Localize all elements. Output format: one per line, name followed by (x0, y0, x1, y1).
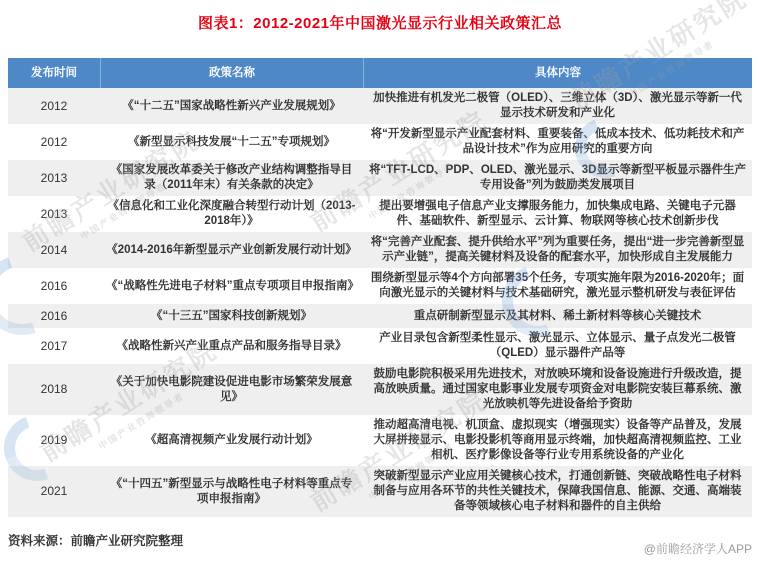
year-cell: 2016 (8, 304, 100, 328)
table-row: 2017 《战略性新兴产业重点产品和服务指导目录》 产业目录包含新型柔性显示、激… (8, 328, 752, 364)
policy-content-cell: 围绕新型显示等4个方向部署35个任务，专项实施年限为2016-2020年；面向激… (363, 268, 752, 304)
year-cell: 2021 (8, 466, 100, 517)
policy-content-cell: 产业目录包含新型柔性显示、激光显示、立体显示、量子点发光二极管（QLED）显示器… (363, 328, 752, 364)
header-policy-content: 具体内容 (363, 58, 752, 88)
year-cell: 2013 (8, 160, 100, 196)
year-cell: 2013 (8, 196, 100, 232)
header-publish-time: 发布时间 (8, 58, 100, 88)
data-source-label: 资料来源：前瞻产业研究院整理 (8, 531, 183, 549)
table-body: 2012 《“十二五”国家战略性新兴产业发展规划》 加快推进有机发光二极管（OL… (8, 88, 752, 517)
table-row: 2019 《超高清视频产业发展行动计划》 推动超高清电视、机顶盒、虚拟现实（增强… (8, 415, 752, 466)
policy-content-cell: 将“完善产业配套、提升供给水平”列为重要任务，提出“进一步完善新型显示产业链”，… (363, 232, 752, 268)
year-cell: 2019 (8, 415, 100, 466)
policy-name-cell: 《新型显示科技发展“十二五”专项规划》 (100, 124, 363, 160)
year-cell: 2016 (8, 268, 100, 304)
policy-name-cell: 《国家发展改革委关于修改产业结构调整指导目录（2011年末）有关条款的决定》 (100, 160, 363, 196)
table-row: 2021 《“十四五”新型显示与战略性电子材料等重点专项申报指南》 突破新型显示… (8, 466, 752, 517)
year-cell: 2012 (8, 88, 100, 124)
policy-name-cell: 《“十二五”国家战略性新兴产业发展规划》 (100, 88, 363, 124)
policy-name-cell: 《“十三五”国家科技创新规划》 (100, 304, 363, 328)
policy-content-cell: 提出要增强电子信息产业支撑服务能力，加快集成电路、关键电子元器件、基础软件、新型… (363, 196, 752, 232)
policy-content-cell: 重点研制新型显示及其材料、稀土新材料等核心关键技术 (363, 304, 752, 328)
policy-name-cell: 《超高清视频产业发展行动计划》 (100, 415, 363, 466)
year-cell: 2017 (8, 328, 100, 364)
policy-content-cell: 推动超高清电视、机顶盒、虚拟现实（增强现实）设备等产品普及，发展大屏拼接显示、电… (363, 415, 752, 466)
year-cell: 2012 (8, 124, 100, 160)
table-header-row: 发布时间 政策名称 具体内容 (8, 58, 752, 88)
policy-content-cell: 将“开发新型显示产业配套材料、重要装备、低成本技术、低功耗技术和产品设计技术”作… (363, 124, 752, 160)
table-row: 2016 《“战略性先进电子材料”重点专项项目申报指南》 围绕新型显示等4个方向… (8, 268, 752, 304)
policy-content-cell: 将“TFT-LCD、PDP、OLED、激光显示、3D显示等新型平板显示器件生产专… (363, 160, 752, 196)
table-row: 2013 《信息化和工业化深度融合转型行动计划（2013-2018年）》 提出要… (8, 196, 752, 232)
year-cell: 2018 (8, 364, 100, 415)
policy-name-cell: 《2014-2016年新型显示产业创新发展行动计划》 (100, 232, 363, 268)
table-row: 2013 《国家发展改革委关于修改产业结构调整指导目录（2011年末）有关条款的… (8, 160, 752, 196)
policy-content-cell: 鼓励电影院积极采用先进技术，对放映环境和设备设施进行升级改造，提高放映质量。通过… (363, 364, 752, 415)
header-policy-name: 政策名称 (100, 58, 363, 88)
table-row: 2012 《“十二五”国家战略性新兴产业发展规划》 加快推进有机发光二极管（OL… (8, 88, 752, 124)
policy-name-cell: 《“十四五”新型显示与战略性电子材料等重点专项申报指南》 (100, 466, 363, 517)
year-cell: 2014 (8, 232, 100, 268)
page-title: 图表1：2012-2021年中国激光显示行业相关政策汇总 (0, 0, 760, 33)
app-credit-badge: @前瞻经济学人APP (644, 540, 752, 557)
policy-content-cell: 突破新型显示产业应用关键核心技术，打通创新链、突破战略性电子材料制备与应用各环节… (363, 466, 752, 517)
table-row: 2018 《关于加快电影院建设促进电影市场繁荣发展意见》 鼓励电影院积极采用先进… (8, 364, 752, 415)
policy-content-cell: 加快推进有机发光二极管（OLED）、三维立体（3D）、激光显示等新一代显示技术研… (363, 88, 752, 124)
policy-name-cell: 《关于加快电影院建设促进电影市场繁荣发展意见》 (100, 364, 363, 415)
policy-name-cell: 《“战略性先进电子材料”重点专项项目申报指南》 (100, 268, 363, 304)
table-row: 2014 《2014-2016年新型显示产业创新发展行动计划》 将“完善产业配套… (8, 232, 752, 268)
policy-table: 发布时间 政策名称 具体内容 2012 《“十二五”国家战略性新兴产业发展规划》… (8, 58, 752, 517)
policy-name-cell: 《战略性新兴产业重点产品和服务指导目录》 (100, 328, 363, 364)
table-row: 2012 《新型显示科技发展“十二五”专项规划》 将“开发新型显示产业配套材料、… (8, 124, 752, 160)
table-row: 2016 《“十三五”国家科技创新规划》 重点研制新型显示及其材料、稀土新材料等… (8, 304, 752, 328)
policy-name-cell: 《信息化和工业化深度融合转型行动计划（2013-2018年）》 (100, 196, 363, 232)
